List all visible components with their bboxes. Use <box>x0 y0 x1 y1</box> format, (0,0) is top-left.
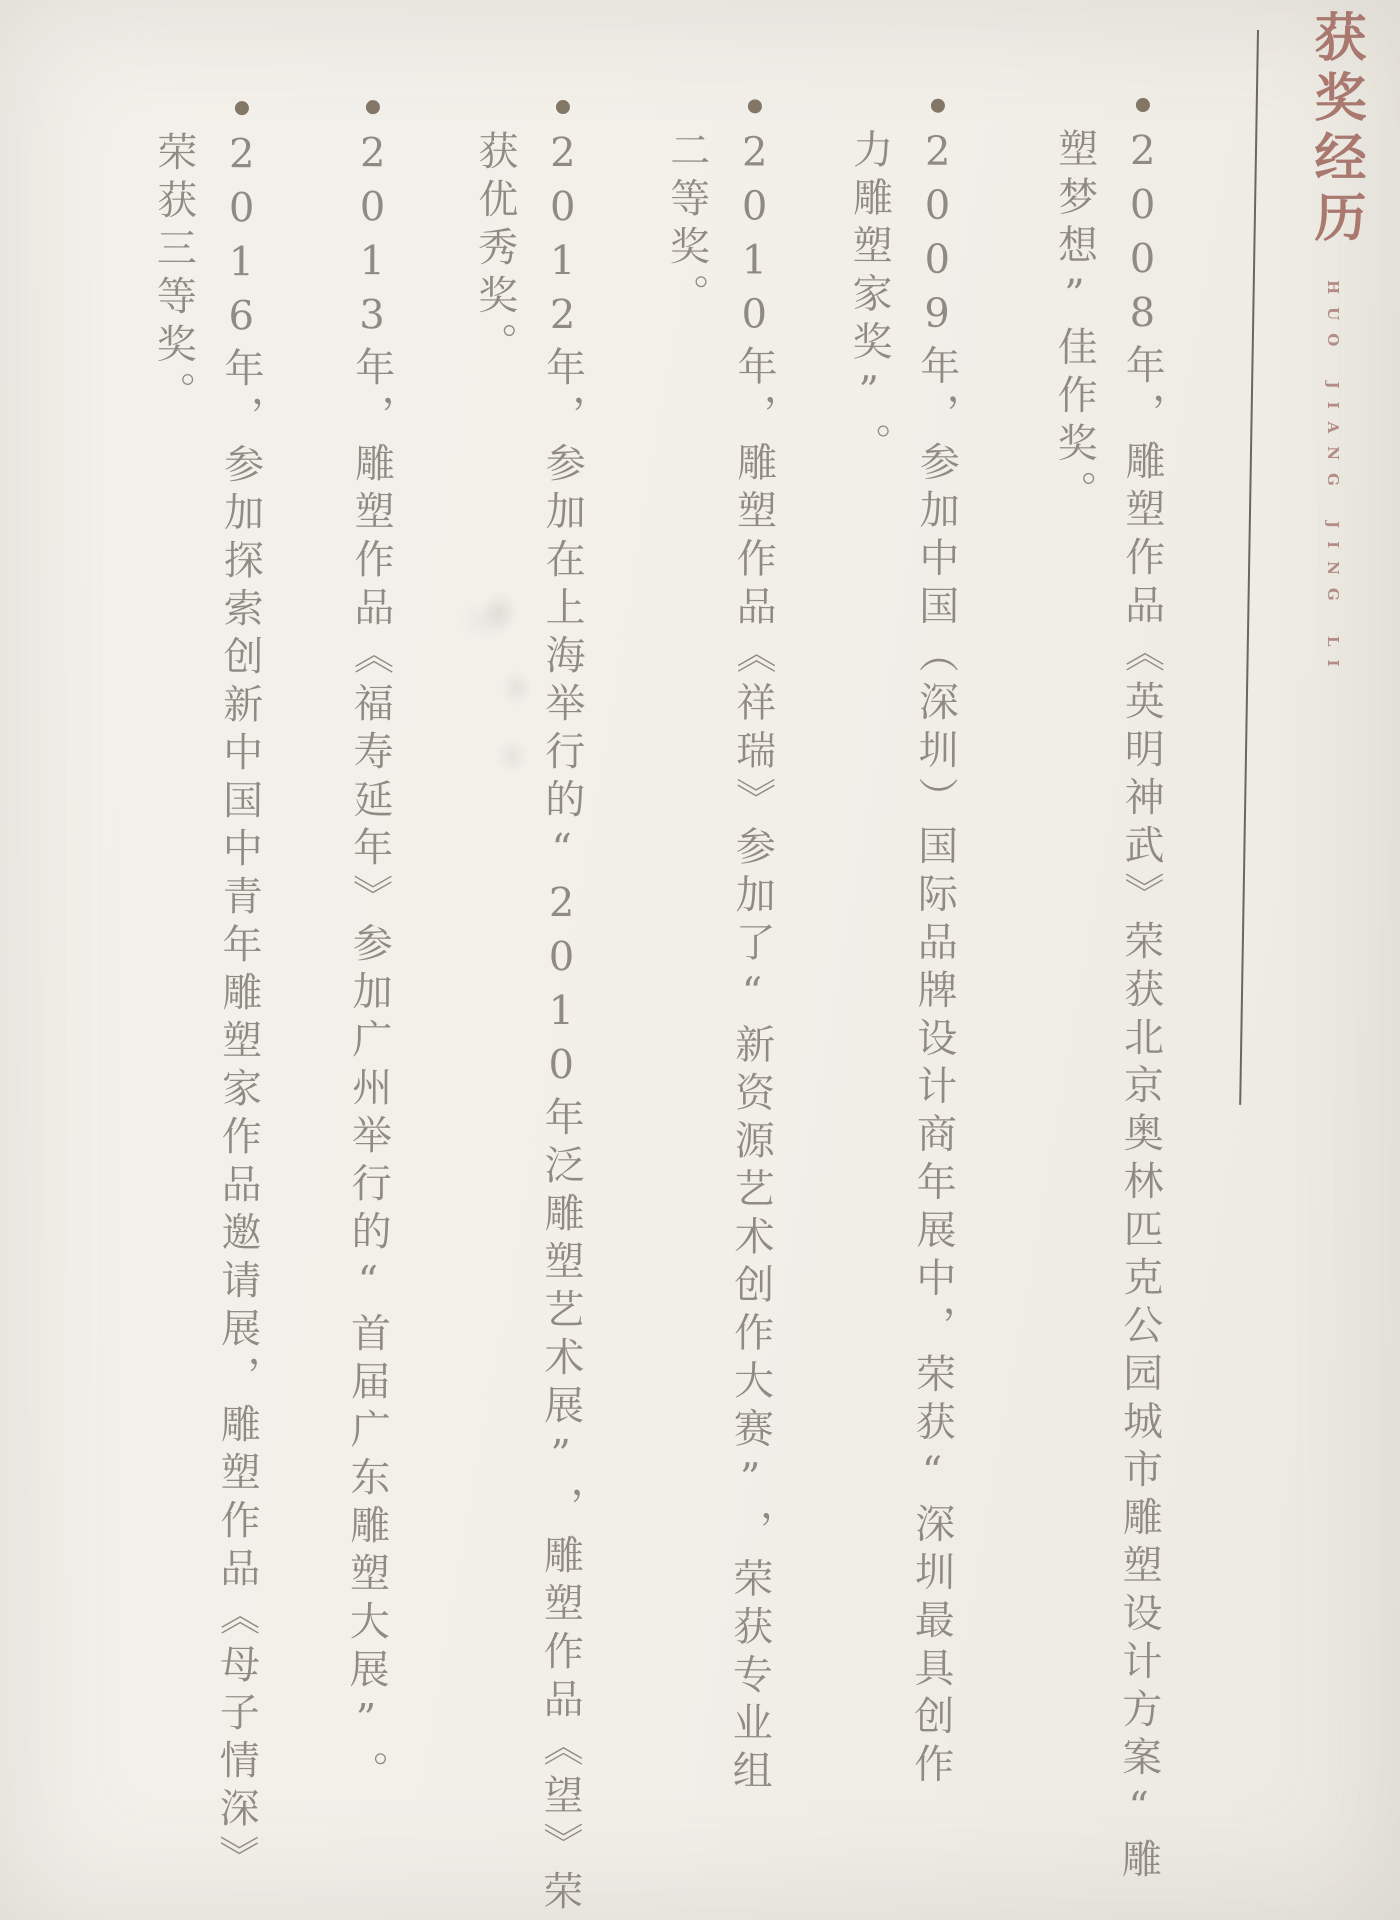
bullet-icon <box>235 101 249 115</box>
bullet-icon <box>931 99 945 113</box>
entry-2009-column-1: 2009年，参加中国（深圳）国际品牌设计商年展中，荣获“深圳最具创作 <box>911 129 958 1791</box>
bullet-icon <box>556 100 570 114</box>
entry-2008-column-2: 塑梦想”佳作奖。 <box>1054 128 1095 518</box>
entry-2012-column-1: 2012年，参加在上海举行的“2010年泛雕塑艺术展”，雕塑作品《望》荣 <box>540 130 583 1918</box>
entry-2010-column-2: 二等奖。 <box>666 129 707 321</box>
bullet-icon <box>1136 98 1150 112</box>
entry-2008-column-1: 2008年，雕塑作品《英明神武》荣获北京奥林匹克公园城市雕塑设计方案“雕 <box>1118 128 1163 1886</box>
entry-2009-column-2: 力雕塑家奖”。 <box>848 128 889 470</box>
entry-2012-column-2: 获优秀奖。 <box>474 130 514 370</box>
entry-2013-column-1: 2013年，雕塑作品《福寿延年》参加广州举行的“首届广东雕塑大展”。 <box>346 130 393 1798</box>
scanned-document-page: 获奖经历 HUO JIANG JING LI 2008年，雕塑作品《英明神武》荣… <box>0 0 1400 1920</box>
entry-2010-column-1: 2010年，雕塑作品《祥瑞》参加了“新资源艺术创作大赛”，荣获专业组 <box>729 129 775 1797</box>
bullet-icon <box>366 100 380 114</box>
bullet-icon <box>748 99 762 113</box>
entry-2016-column-2: 荣获三等奖。 <box>153 131 194 419</box>
entry-2016-column-1: 2016年，参加探索创新中国中青年雕塑家作品邀请展，雕塑作品《母子情深》 <box>216 131 262 1883</box>
award-entries-list: 2008年，雕塑作品《英明神武》荣获北京奥林匹克公园城市雕塑设计方案“雕 塑梦想… <box>0 0 1400 1920</box>
